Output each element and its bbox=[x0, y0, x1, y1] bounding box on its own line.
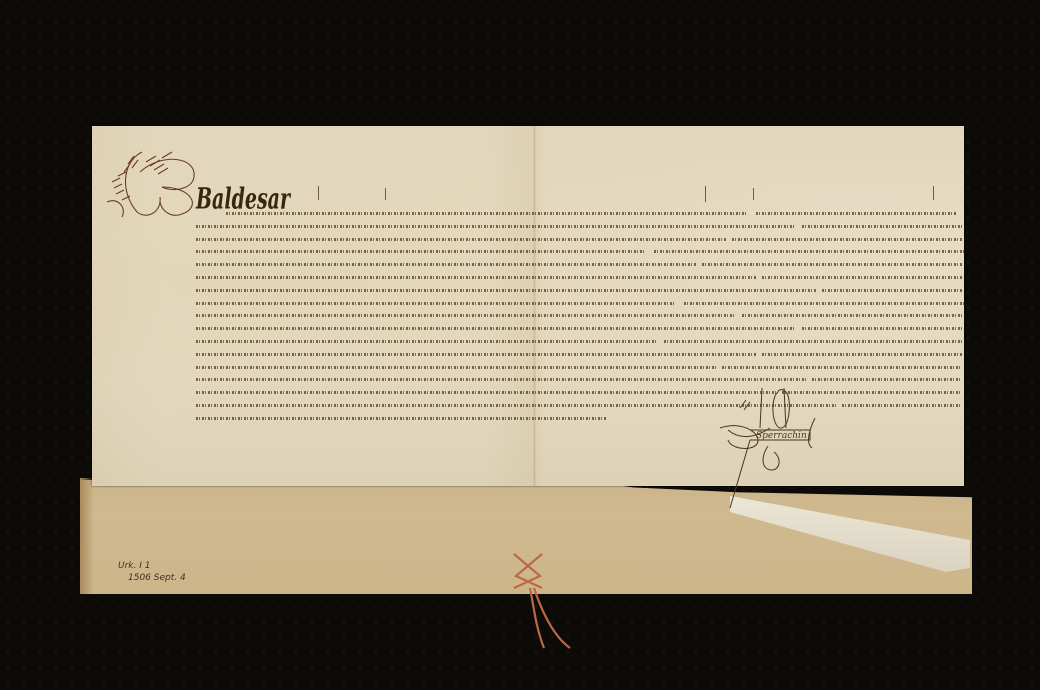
archive-label-date: 1506 Sept. 4 bbox=[118, 572, 186, 584]
ascender-stroke bbox=[753, 188, 754, 200]
signature-flourish-icon: Sperrachin bbox=[700, 388, 870, 508]
text-line bbox=[196, 298, 966, 311]
seal-cord-icon bbox=[500, 548, 580, 676]
text-line bbox=[196, 285, 966, 298]
text-line bbox=[196, 374, 966, 387]
text-line bbox=[196, 234, 966, 247]
ascender-stroke bbox=[318, 186, 319, 200]
ascender-stroke bbox=[705, 186, 706, 202]
ascender-stroke bbox=[385, 188, 386, 200]
signature-text: Sperrachin bbox=[756, 431, 807, 441]
archive-shelfmark-label: Urk. I 1 1506 Sept. 4 bbox=[118, 560, 186, 584]
text-line bbox=[196, 272, 966, 285]
text-line bbox=[196, 323, 966, 336]
text-line bbox=[196, 349, 966, 362]
text-line bbox=[196, 362, 966, 375]
document-viewer: Baldesar bbox=[0, 0, 1040, 690]
ascender-stroke bbox=[933, 186, 934, 200]
text-line bbox=[196, 221, 966, 234]
text-line bbox=[196, 259, 966, 272]
text-line bbox=[196, 336, 966, 349]
archive-label-line1: Urk. I 1 bbox=[118, 560, 186, 572]
text-line bbox=[196, 208, 966, 221]
text-line bbox=[196, 310, 966, 323]
plica-stain bbox=[80, 478, 94, 594]
text-line bbox=[196, 246, 966, 259]
